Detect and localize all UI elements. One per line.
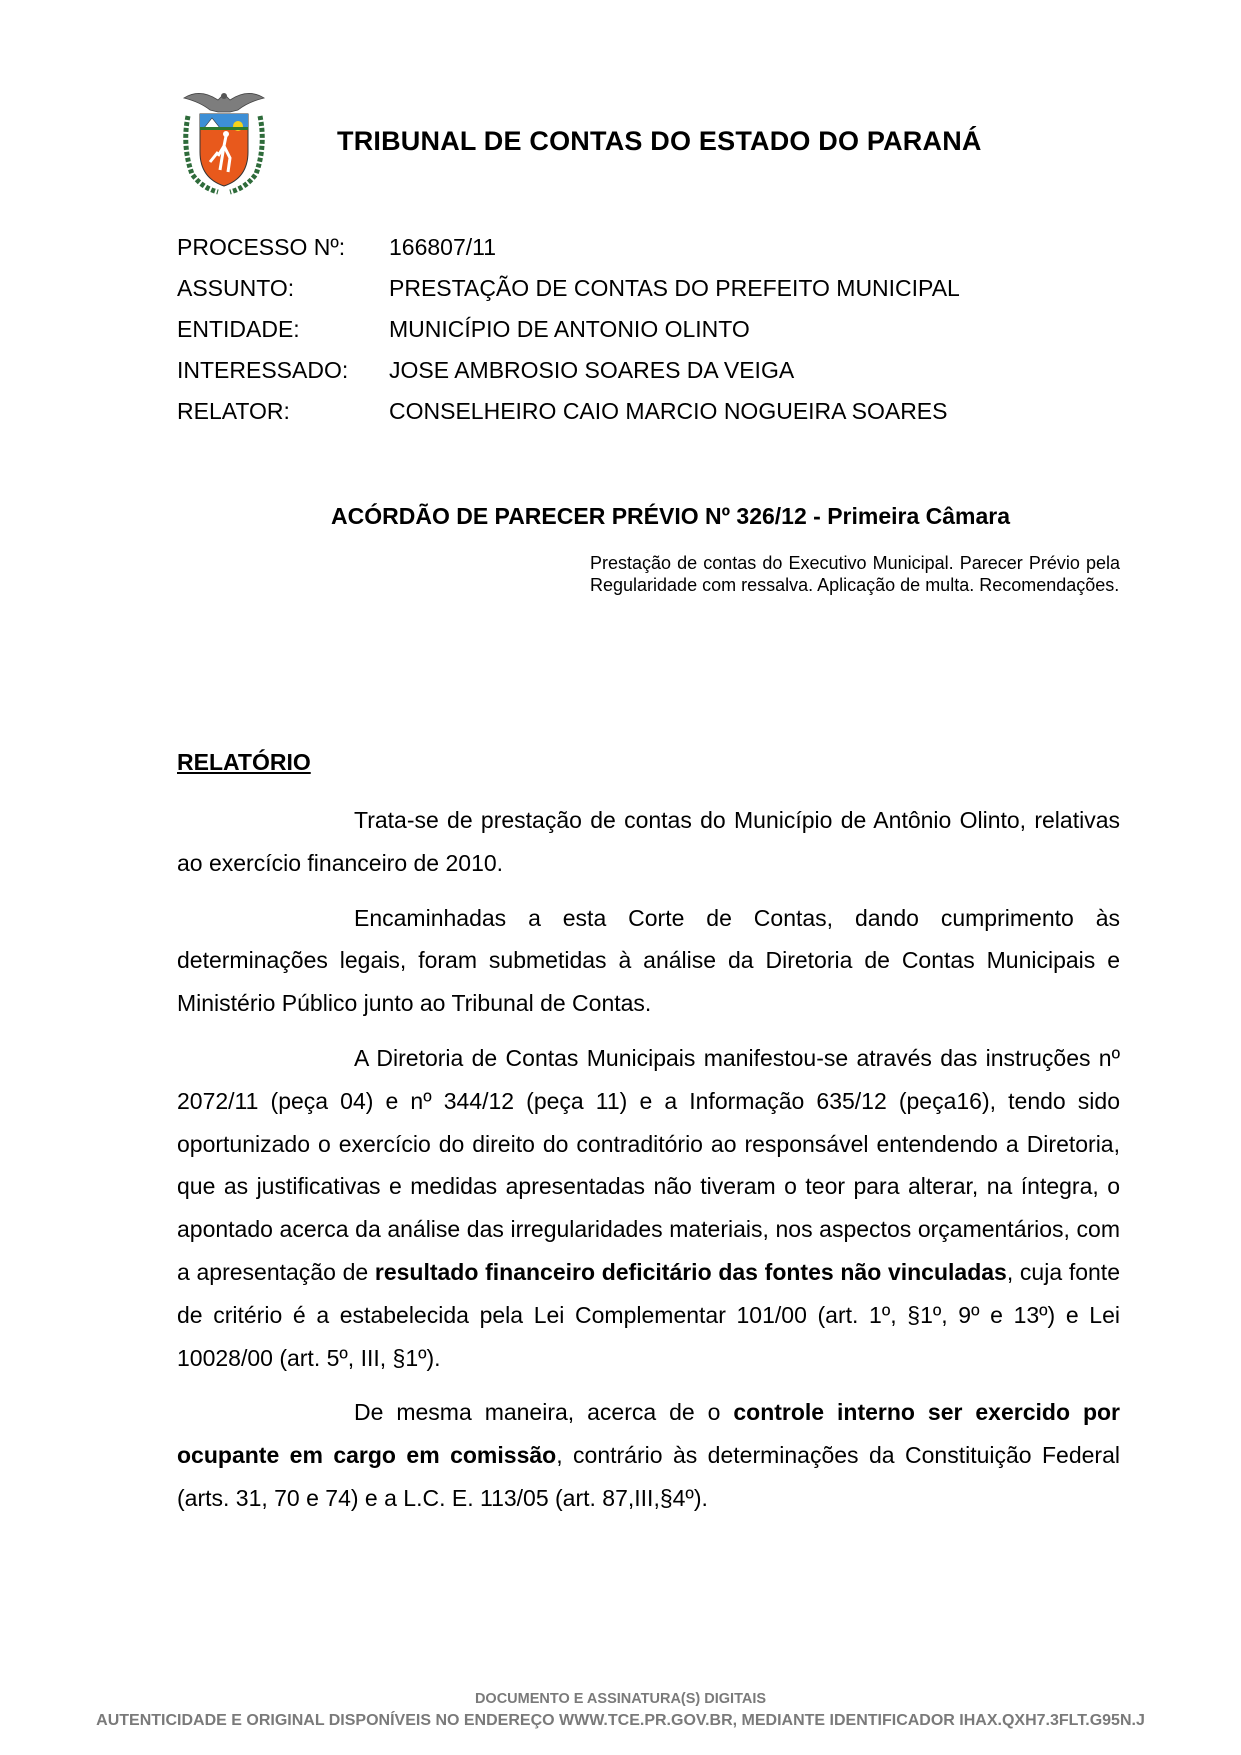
metadata-label: ASSUNTO: bbox=[177, 275, 389, 316]
metadata-value: JOSE AMBROSIO SOARES DA VEIGA bbox=[389, 357, 794, 398]
metadata-label: RELATOR: bbox=[177, 398, 389, 439]
metadata-value: CONSELHEIRO CAIO MARCIO NOGUEIRA SOARES bbox=[389, 398, 948, 439]
footer-authenticity: AUTENTICIDADE E ORIGINAL DISPONÍVEIS NO … bbox=[0, 1712, 1241, 1730]
relatorio-body: Trata-se de prestação de contas do Munic… bbox=[177, 799, 1120, 1520]
section-title-relatorio: RELATÓRIO bbox=[177, 749, 311, 776]
paragraph-3-emphasis: resultado financeiro deficitário das fon… bbox=[375, 1259, 1007, 1285]
footer-digital-signature: DOCUMENTO E ASSINATURA(S) DIGITAIS bbox=[0, 1691, 1241, 1707]
metadata-row-entidade: ENTIDADE: MUNICÍPIO DE ANTONIO OLINTO bbox=[177, 316, 960, 357]
metadata-value: PRESTAÇÃO DE CONTAS DO PREFEITO MUNICIPA… bbox=[389, 275, 960, 316]
metadata-row-interessado: INTERESSADO: JOSE AMBROSIO SOARES DA VEI… bbox=[177, 357, 960, 398]
paragraph-4: De mesma maneira, acerca de o controle i… bbox=[177, 1391, 1120, 1519]
paragraph-2: Encaminhadas a esta Corte de Contas, dan… bbox=[177, 897, 1120, 1025]
process-metadata: PROCESSO Nº: 166807/11 ASSUNTO: PRESTAÇÃ… bbox=[177, 234, 960, 439]
parana-coat-of-arms-icon bbox=[178, 86, 270, 198]
metadata-label: PROCESSO Nº: bbox=[177, 234, 389, 275]
metadata-row-assunto: ASSUNTO: PRESTAÇÃO DE CONTAS DO PREFEITO… bbox=[177, 275, 960, 316]
acordao-title: ACÓRDÃO DE PARECER PRÉVIO Nº 326/12 - Pr… bbox=[331, 503, 1010, 530]
metadata-label: ENTIDADE: bbox=[177, 316, 389, 357]
metadata-value: 166807/11 bbox=[389, 234, 496, 275]
paragraph-1: Trata-se de prestação de contas do Munic… bbox=[177, 799, 1120, 885]
metadata-label: INTERESSADO: bbox=[177, 357, 389, 398]
paragraph-3-text-a: A Diretoria de Contas Municipais manifes… bbox=[177, 1045, 1120, 1285]
metadata-row-processo: PROCESSO Nº: 166807/11 bbox=[177, 234, 960, 275]
ementa-summary: Prestação de contas do Executivo Municip… bbox=[590, 552, 1120, 596]
paragraph-4-text-a: De mesma maneira, acerca de o bbox=[354, 1399, 733, 1425]
metadata-value: MUNICÍPIO DE ANTONIO OLINTO bbox=[389, 316, 750, 357]
metadata-row-relator: RELATOR: CONSELHEIRO CAIO MARCIO NOGUEIR… bbox=[177, 398, 960, 439]
paragraph-3: A Diretoria de Contas Municipais manifes… bbox=[177, 1037, 1120, 1379]
organization-title: TRIBUNAL DE CONTAS DO ESTADO DO PARANÁ bbox=[337, 126, 982, 157]
